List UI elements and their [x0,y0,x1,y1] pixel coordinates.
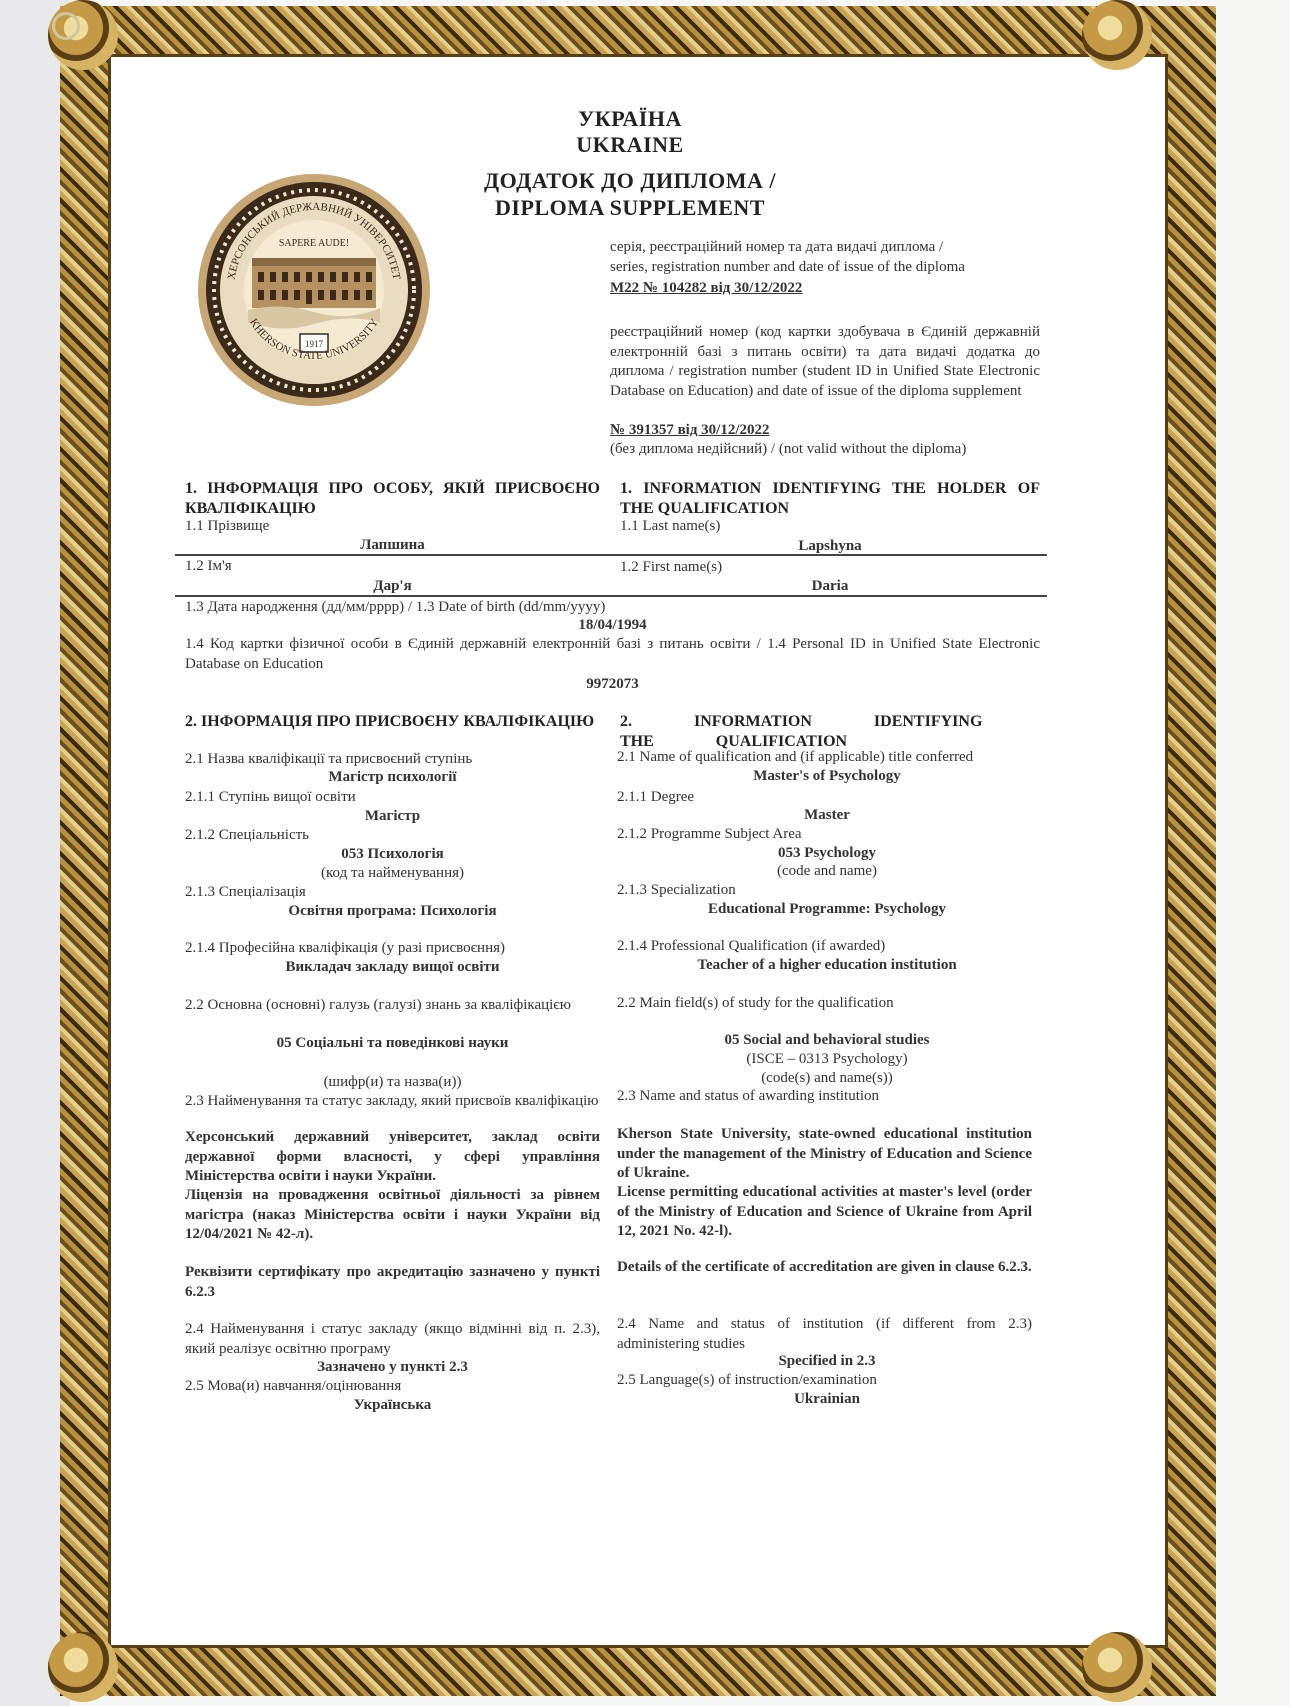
specialization-en: Educational Programme: Psychology [617,900,1037,920]
qualification-name-en: Master's of Psychology [617,767,1037,787]
administering-institution-label-en: 2.4 Name and status of institution (if d… [617,1315,1032,1354]
specialization-label-uk: 2.1.3 Спеціалізація [185,883,306,903]
country-title-en: UKRAINE [440,132,820,158]
specialty-uk: 053 Психологія [185,845,600,865]
administering-institution-uk: Зазначено у пункті 2.3 [185,1358,600,1378]
field-of-study-en: 05 Social and behavioral studies [617,1031,1037,1051]
section1-heading-uk: 1. ІНФОРМАЦІЯ ПРО ОСОБУ, ЯКІЙ ПРИСВОЄНО … [185,479,600,519]
professional-qualification-uk: Викладач закладу вищої освіти [185,958,600,978]
first-name-label-uk: 1.2 Ім'я [185,557,232,577]
specialization-uk: Освітня програма: Психологія [185,902,600,922]
field-of-study-note-uk: (шифр(и) та назва(и)) [185,1073,600,1093]
first-name-label-en: 1.2 First name(s) [620,558,722,578]
specialty-note-en: (code and name) [617,862,1037,882]
series-label-uk: серія, реєстраційний номер та дата видач… [610,238,1040,258]
accreditation-en: Details of the certificate of accreditat… [617,1258,1032,1278]
specialty-label-uk: 2.1.2 Спеціальність [185,826,309,846]
qualification-name-label-en: 2.1 Name of qualification and (if applic… [617,748,973,768]
language-uk: Українська [185,1396,600,1416]
administering-institution-en: Specified in 2.3 [617,1352,1037,1372]
supplement-registration-label: реєстраційний номер (код картки здобувач… [610,323,1040,401]
accreditation-uk: Реквізити сертифікату про акредитацію за… [185,1263,600,1302]
first-name-uk: Дар'я [185,577,600,597]
specialty-en: 053 Psychology [617,844,1037,864]
svg-text:1917: 1917 [305,339,324,349]
license-uk: Ліцензія на провадження освітньої діяльн… [185,1186,600,1245]
professional-qualification-label-en: 2.1.4 Professional Qualification (if awa… [617,937,885,957]
administering-institution-label-uk: 2.4 Найменування і статус закладу (якщо … [185,1320,600,1359]
field-of-study-uk: 05 Соціальні та поведінкові науки [185,1034,600,1054]
institution-en: Kherson State University, state-owned ed… [617,1125,1032,1184]
section1-heading-en: 1. INFORMATION IDENTIFYING THE HOLDER OF… [620,479,1040,519]
document-content: 1917 SAPERE AUDE! ХЕРСОНСЬКИЙ ДЕРЖАВНИЙ … [0,0,1290,1706]
professional-qualification-en: Teacher of a higher education institutio… [617,956,1037,976]
field-of-study-isce-en: (ISCE – 0313 Psychology) [617,1050,1037,1070]
section2-heading-uk: 2. ІНФОРМАЦІЯ ПРО ПРИСВОЄНУ КВАЛІФІКАЦІЮ [185,712,600,732]
dob-label: 1.3 Дата народження (дд/мм/рррр) / 1.3 D… [185,598,605,618]
specialty-note-uk: (код та найменування) [185,864,600,884]
last-name-label-uk: 1.1 Прізвище [185,517,269,537]
diploma-series-number: М22 № 104282 від 30/12/2022 [610,279,1040,299]
field-of-study-label-en: 2.2 Main field(s) of study for the quali… [617,994,894,1014]
country-title-uk: УКРАЇНА [440,106,820,132]
series-label-en: series, registration number and date of … [610,258,1040,278]
personal-id-value: 9972073 [185,675,1040,695]
document-title-en: DIPLOMA SUPPLEMENT [420,195,840,221]
svg-text:SAPERE AUDE!: SAPERE AUDE! [279,238,349,249]
last-name-uk: Лапшина [185,536,600,556]
degree-label-en: 2.1.1 Degree [617,788,694,808]
document-title-uk: ДОДАТОК ДО ДИПЛОМА / [420,168,840,194]
field-of-study-label-uk: 2.2 Основна (основні) галузь (галузі) зн… [185,996,600,1016]
language-label-en: 2.5 Language(s) of instruction/examinati… [617,1371,877,1391]
degree-label-uk: 2.1.1 Ступінь вищої освіти [185,788,356,808]
degree-uk: Магістр [185,807,600,827]
language-en: Ukrainian [617,1390,1037,1410]
personal-id-label: 1.4 Код картки фізичної особи в Єдиній д… [185,635,1040,674]
license-en: License permitting educational activitie… [617,1183,1032,1242]
language-label-uk: 2.5 Мова(и) навчання/оцінювання [185,1377,401,1397]
divider [175,554,1047,556]
university-seal-icon: 1917 SAPERE AUDE! ХЕРСОНСЬКИЙ ДЕРЖАВНИЙ … [196,172,432,408]
degree-en: Master [617,806,1037,826]
qualification-name-uk: Магістр психології [185,768,600,788]
specialization-label-en: 2.1.3 Specialization [617,881,736,901]
specialty-label-en: 2.1.2 Programme Subject Area [617,825,802,845]
last-name-label-en: 1.1 Last name(s) [620,517,720,537]
professional-qualification-label-uk: 2.1.4 Професійна кваліфікація (у разі пр… [185,939,505,959]
institution-uk: Херсонський державний університет, закла… [185,1128,600,1187]
divider [175,595,1047,597]
section2-heading-en: 2. INFORMATION IDENTIFYING THE QUALIFICA… [620,712,1040,752]
supplement-registration-number: № 391357 від 30/12/2022 [610,421,1040,441]
qualification-name-label-uk: 2.1 Назва кваліфікації та присвоєний сту… [185,750,472,770]
field-of-study-note-en: (code(s) and name(s)) [617,1069,1037,1089]
validity-note: (без диплома недійсний) / (not valid wit… [610,440,1040,460]
first-name-en: Daria [620,577,1040,597]
institution-label-uk: 2.3 Найменування та статус закладу, який… [185,1092,600,1112]
institution-label-en: 2.3 Name and status of awarding institut… [617,1087,879,1107]
dob-value: 18/04/1994 [185,616,1040,636]
